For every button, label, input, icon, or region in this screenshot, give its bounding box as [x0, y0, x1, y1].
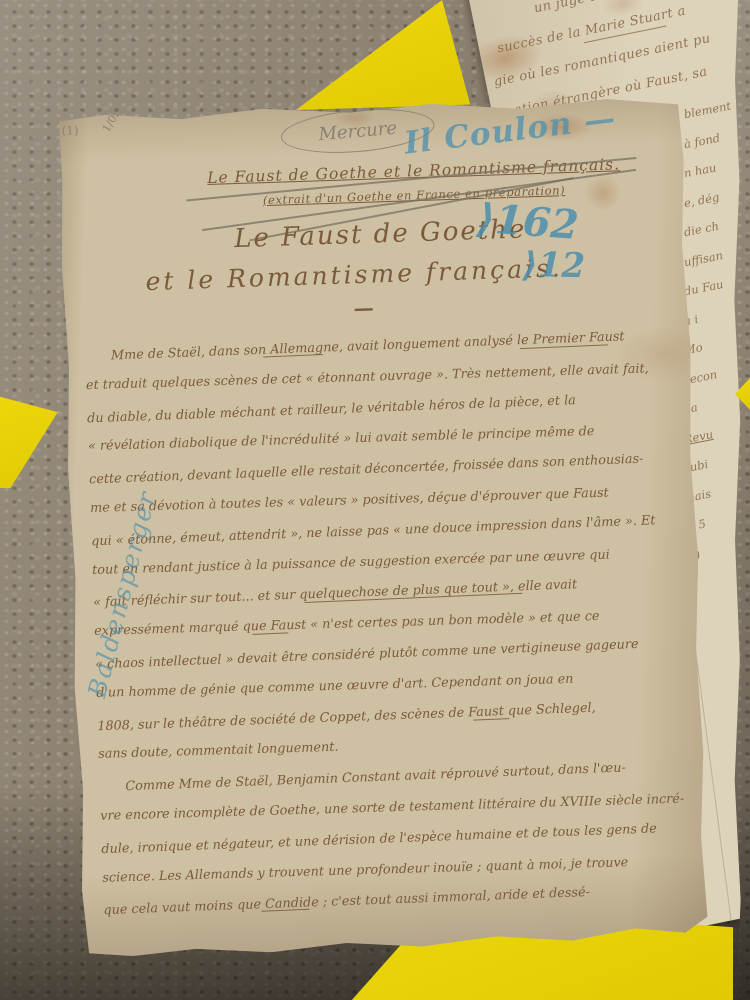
blue-number-mark-2: ⟩12: [522, 245, 586, 286]
title-separator-dash: —: [353, 296, 374, 321]
photo-scene: un juge d'arri succès de la Marie Stuart…: [0, 0, 750, 1000]
blue-pencil-scrawl: Il Coulon —: [402, 100, 618, 161]
blue-number-mark-1: ⟩162: [475, 195, 580, 249]
yellow-folder-corner-top: [296, 0, 472, 110]
page-number: (1): [61, 123, 78, 138]
corner-fraction-note: 1/02: [100, 107, 124, 135]
right-page-line: un juge d'arri: [533, 0, 629, 16]
manuscript-page: (1) 1/02 Mercure Il Coulon — Le Faust de…: [55, 93, 711, 958]
yellow-folder-corner-left: [0, 392, 62, 488]
